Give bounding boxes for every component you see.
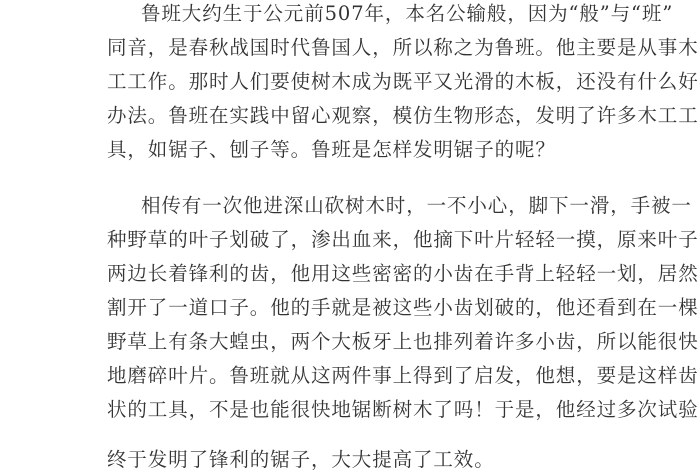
- text-line: 工工作。那时人们要使树木成为既平又光滑的木板，还没有什么好: [107, 70, 699, 94]
- text-line: 同音，是春秋战国时代鲁国人，所以称之为鲁班。他主要是从事木: [107, 36, 699, 60]
- text-line: 办法。鲁班在实践中留心观察，模仿生物形态，发明了许多木工工: [107, 104, 699, 128]
- text-line: 种野草的叶子划破了，渗出血来，他摘下叶片轻轻一摸，原来叶子: [107, 228, 699, 252]
- text-line: 鲁班大约生于公元前507年，本名公输般，因为“般”与“班”: [141, 2, 673, 26]
- text-line: 终于发明了锋利的锯子，大大提高了工效。: [107, 448, 495, 470]
- text-line: 具，如锯子、刨子等。鲁班是怎样发明锯子的呢？: [107, 138, 556, 162]
- text-line: 状的工具，不是也能很快地锯断树木了吗！于是，他经过多次试验，: [107, 398, 700, 422]
- text-line: 相传有一次他进深山砍树木时，一不小心，脚下一滑，手被一: [141, 194, 692, 218]
- text-line: 两边长着锋利的齿，他用这些密密的小齿在手背上轻轻一划，居然: [107, 262, 699, 286]
- text-line: 地磨碎叶片。鲁班就从这两件事上得到了启发，他想，要是这样齿: [107, 364, 699, 388]
- text-line: 割开了一道口子。他的手就是被这些小齿划破的，他还看到在一棵: [107, 296, 699, 320]
- document-page: 鲁班大约生于公元前507年，本名公输般，因为“般”与“班” 同音，是春秋战国时代…: [0, 0, 700, 470]
- text-line: 野草上有条大蝗虫，两个大板牙上也排列着许多小齿，所以能很快: [107, 330, 699, 354]
